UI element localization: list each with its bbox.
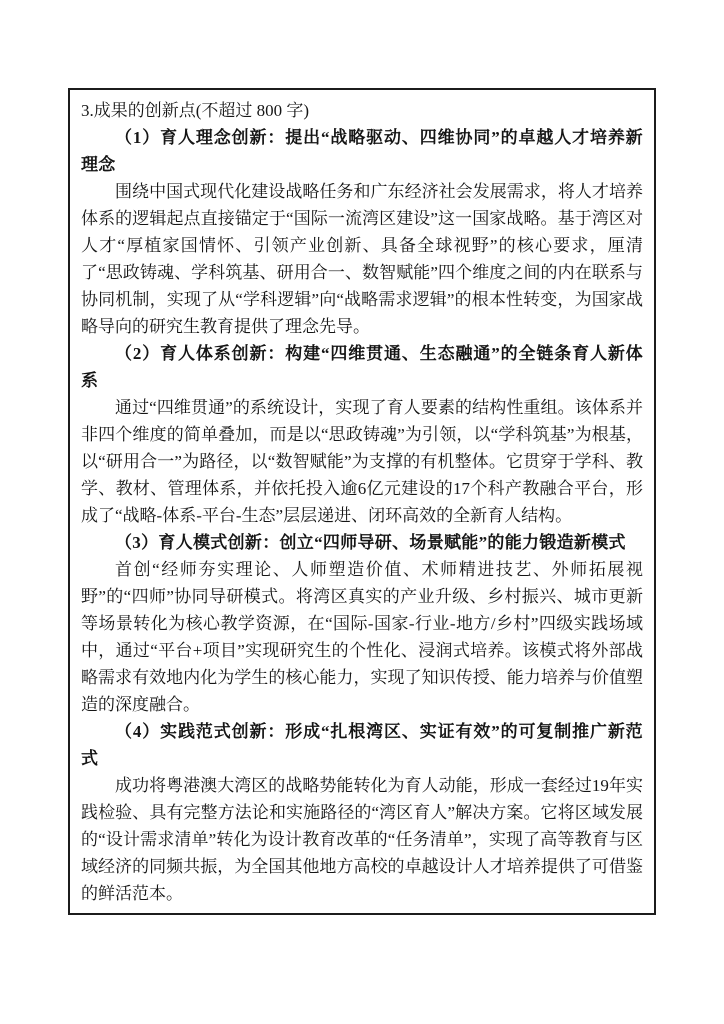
innovation-paragraph-3: 首创“经师夯实理论、人师塑造价值、术师精进技艺、外师拓展视野”的“四师”协同导研… [81, 556, 643, 718]
document-page: 3.成果的创新点(不超过 800 字) （1）育人理念创新：提出“战略驱动、四维… [0, 0, 724, 1024]
innovation-points-cell: 3.成果的创新点(不超过 800 字) （1）育人理念创新：提出“战略驱动、四维… [68, 88, 656, 915]
innovation-paragraph-4: 成功将粤港澳大湾区的战略势能转化为育人动能，形成一套经过19年实践检验、具有完整… [81, 772, 643, 907]
innovation-heading-3: （3）育人模式创新：创立“四师导研、场景赋能”的能力锻造新模式 [81, 529, 643, 556]
innovation-heading-2: （2）育人体系创新：构建“四维贯通、生态融通”的全链条育人新体系 [81, 340, 643, 394]
innovation-heading-4: （4）实践范式创新：形成“扎根湾区、实证有效”的可复制推广新范式 [81, 718, 643, 772]
innovation-paragraph-1: 围绕中国式现代化建设战略任务和广东经济社会发展需求，将人才培养体系的逻辑起点直接… [81, 178, 643, 340]
innovation-heading-1: （1）育人理念创新：提出“战略驱动、四维协同”的卓越人才培养新理念 [81, 124, 643, 178]
innovation-paragraph-2: 通过“四维贯通”的系统设计，实现了育人要素的结构性重组。该体系并非四个维度的简单… [81, 394, 643, 529]
cell-title: 3.成果的创新点(不超过 800 字) [81, 97, 643, 124]
